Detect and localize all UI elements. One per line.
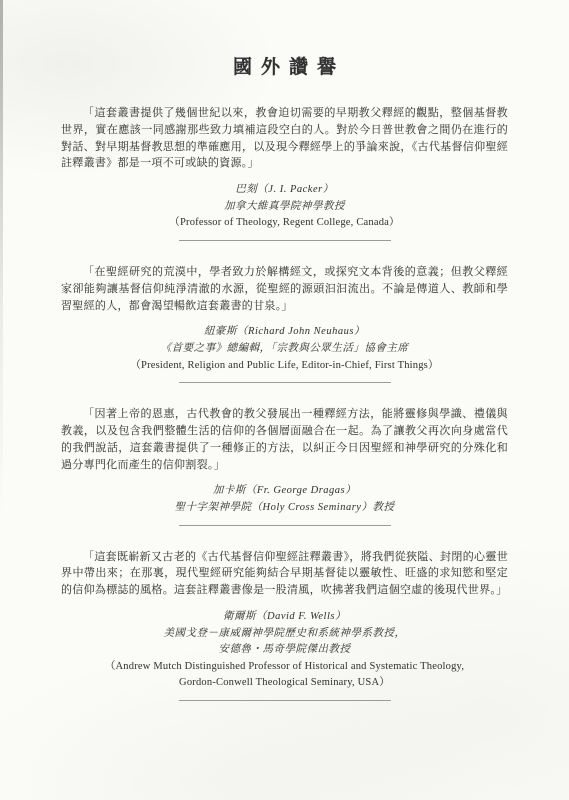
endorser-title-en: （Professor of Theology, Regent College, …: [61, 215, 508, 232]
testimonial-attribution: 加卡斯（Fr. George Dragas） 聖十字架神學院（Holy Cros…: [61, 483, 508, 516]
testimonial-quote: 「這套叢書提供了幾個世紀以來，教會迫切需要的早期教父釋經的觀點，整個基督教世界，…: [61, 105, 508, 172]
section-divider: [179, 525, 391, 526]
testimonial-quote: 「因著上帝的恩惠，古代教會的教父發展出一種釋經方法，能將靈修與學識、禮儀與教義，…: [61, 406, 508, 473]
testimonial-attribution: 衛爾斯（David F. Wells） 美國戈登－康威爾神學院歷史和系統神學系教…: [61, 609, 508, 692]
testimonial-packer: 「這套叢書提供了幾個世紀以來，教會迫切需要的早期教父釋經的觀點，整個基督教世界，…: [61, 105, 508, 241]
testimonial-quote: 「這套既嶄新又古老的《古代基督信仰聖經註釋叢書》，將我們從狹隘、封閉的心靈世界中…: [61, 549, 508, 599]
section-divider: [179, 700, 391, 701]
testimonial-quote: 「在聖經研究的荒漠中，學者致力於解構經文，或探究文本背後的意義；但教父釋經家卻能…: [61, 264, 508, 314]
page-title: 國外讚譽: [0, 52, 569, 79]
testimonial-attribution: 巴刻（J. I. Packer） 加拿大維真學院神學教授 （Professor …: [61, 182, 508, 232]
endorser-title-en-2: Gordon-Conwell Theological Seminary, USA…: [61, 675, 508, 692]
endorser-name: 紐豪斯（Richard John Neuhaus）: [61, 324, 508, 341]
testimonial-wells: 「這套既嶄新又古老的《古代基督信仰聖經註釋叢書》，將我們從狹隘、封閉的心靈世界中…: [61, 549, 508, 701]
section-divider: [179, 382, 391, 383]
endorser-title-zh: 《首要之事》總編輯，「宗教與公眾生活」協會主席: [61, 341, 508, 358]
endorser-name: 巴刻（J. I. Packer）: [61, 182, 508, 199]
endorser-title-zh: 聖十字架神學院（Holy Cross Seminary）教授: [61, 500, 508, 517]
book-page: 國外讚譽 「這套叢書提供了幾個世紀以來，教會迫切需要的早期教父釋經的觀點，整個基…: [0, 0, 569, 800]
endorser-name: 衛爾斯（David F. Wells）: [61, 609, 508, 626]
endorser-title-zh: 加拿大維真學院神學教授: [61, 199, 508, 216]
endorser-title-zh-2: 安德魯・馬奇學院傑出教授: [61, 642, 508, 659]
testimonial-dragas: 「因著上帝的恩惠，古代教會的教父發展出一種釋經方法，能將靈修與學識、禮儀與教義，…: [61, 406, 508, 525]
endorser-title-en: （President, Religion and Public Life, Ed…: [61, 358, 508, 375]
endorser-title-zh: 美國戈登－康威爾神學院歷史和系統神學系教授，: [61, 626, 508, 643]
testimonial-attribution: 紐豪斯（Richard John Neuhaus） 《首要之事》總編輯，「宗教與…: [61, 324, 508, 374]
section-divider: [179, 240, 391, 241]
testimonial-neuhaus: 「在聖經研究的荒漠中，學者致力於解構經文，或探究文本背後的意義；但教父釋經家卻能…: [61, 264, 508, 383]
endorser-name: 加卡斯（Fr. George Dragas）: [61, 483, 508, 500]
endorser-title-en: （Andrew Mutch Distinguished Professor of…: [61, 659, 508, 676]
